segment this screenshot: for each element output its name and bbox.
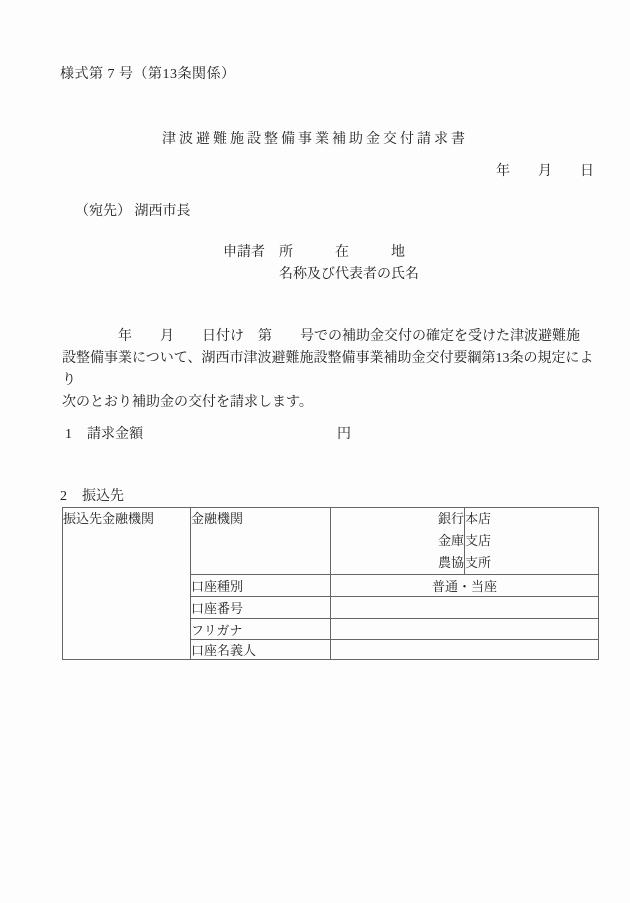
document-title: 津波避難施設整備事業補助金交付請求書 (0, 128, 630, 148)
account-type-label-cell: 口座種別 (191, 575, 331, 597)
institution-label-cell: 金融機関 (191, 508, 331, 575)
bank-type-options-cell: 銀行 金庫 農協 (331, 508, 465, 575)
document-page: 様式第 7 号（第13条関係） 津波避難施設整備事業補助金交付請求書 年 月 日… (0, 0, 630, 903)
date-line: 年 月 日 (496, 160, 594, 180)
bank-transfer-table: 振込先金融機関 金融機関 銀行 金庫 農協 本店 支店 支所 口座種別 普通・当… (62, 507, 599, 660)
payee-institution-header-cell: 振込先金融機関 (63, 508, 191, 660)
section2-label: 振込先 (82, 489, 124, 504)
bank-type-ja: 農協 (331, 552, 464, 574)
branch-type-sub-branch: 支所 (465, 552, 598, 574)
section1-label: 請求金額 (87, 427, 143, 442)
section1-amount-line: 1請求金額円 (62, 424, 351, 446)
branch-type-branch: 支店 (465, 530, 598, 552)
account-type-value-cell: 普通・当座 (331, 575, 599, 597)
form-number: 様式第 7 号（第13条関係） (60, 63, 236, 83)
furigana-input-cell (331, 619, 599, 640)
account-number-label-cell: 口座番号 (191, 597, 331, 619)
applicant-role-label: 申請者 (223, 245, 265, 260)
section2-number: 2 (60, 489, 67, 504)
body-line-2: 設整備事業について、湖西市津波避難施設整備事業補助金交付要綱第13条の規定により (62, 348, 602, 392)
branch-type-head-office: 本店 (465, 508, 598, 530)
body-line-3: 次のとおり補助金の交付を請求します。 (62, 392, 602, 414)
applicant-address-line: 申請者所 在 地 (223, 242, 419, 264)
applicant-address-label: 所 在 地 (279, 245, 405, 260)
table-row-institution: 振込先金融機関 金融機関 銀行 金庫 農協 本店 支店 支所 (63, 508, 599, 575)
account-holder-input-cell (331, 640, 599, 660)
section1-number: 1 (65, 427, 72, 442)
furigana-label-cell: フリガナ (191, 619, 331, 640)
applicant-name-label: 名称及び代表者の氏名 (279, 264, 419, 286)
section2-heading: 2振込先 (60, 486, 124, 508)
addressee-line: （宛先） 湖西市長 (75, 200, 191, 220)
request-body-paragraph: 年 月 日付け 第 号での補助金交付の確定を受けた津波避難施 設整備事業について… (62, 326, 602, 414)
bank-type-bank: 銀行 (331, 508, 464, 530)
applicant-block: 申請者所 在 地 名称及び代表者の氏名 (223, 242, 419, 286)
account-number-input-cell (331, 597, 599, 619)
yen-unit-label: 円 (337, 427, 351, 442)
bank-type-shinkin: 金庫 (331, 530, 464, 552)
account-holder-label-cell: 口座名義人 (191, 640, 331, 660)
body-line-1: 年 月 日付け 第 号での補助金交付の確定を受けた津波避難施 (62, 326, 602, 348)
branch-type-options-cell: 本店 支店 支所 (465, 508, 599, 575)
